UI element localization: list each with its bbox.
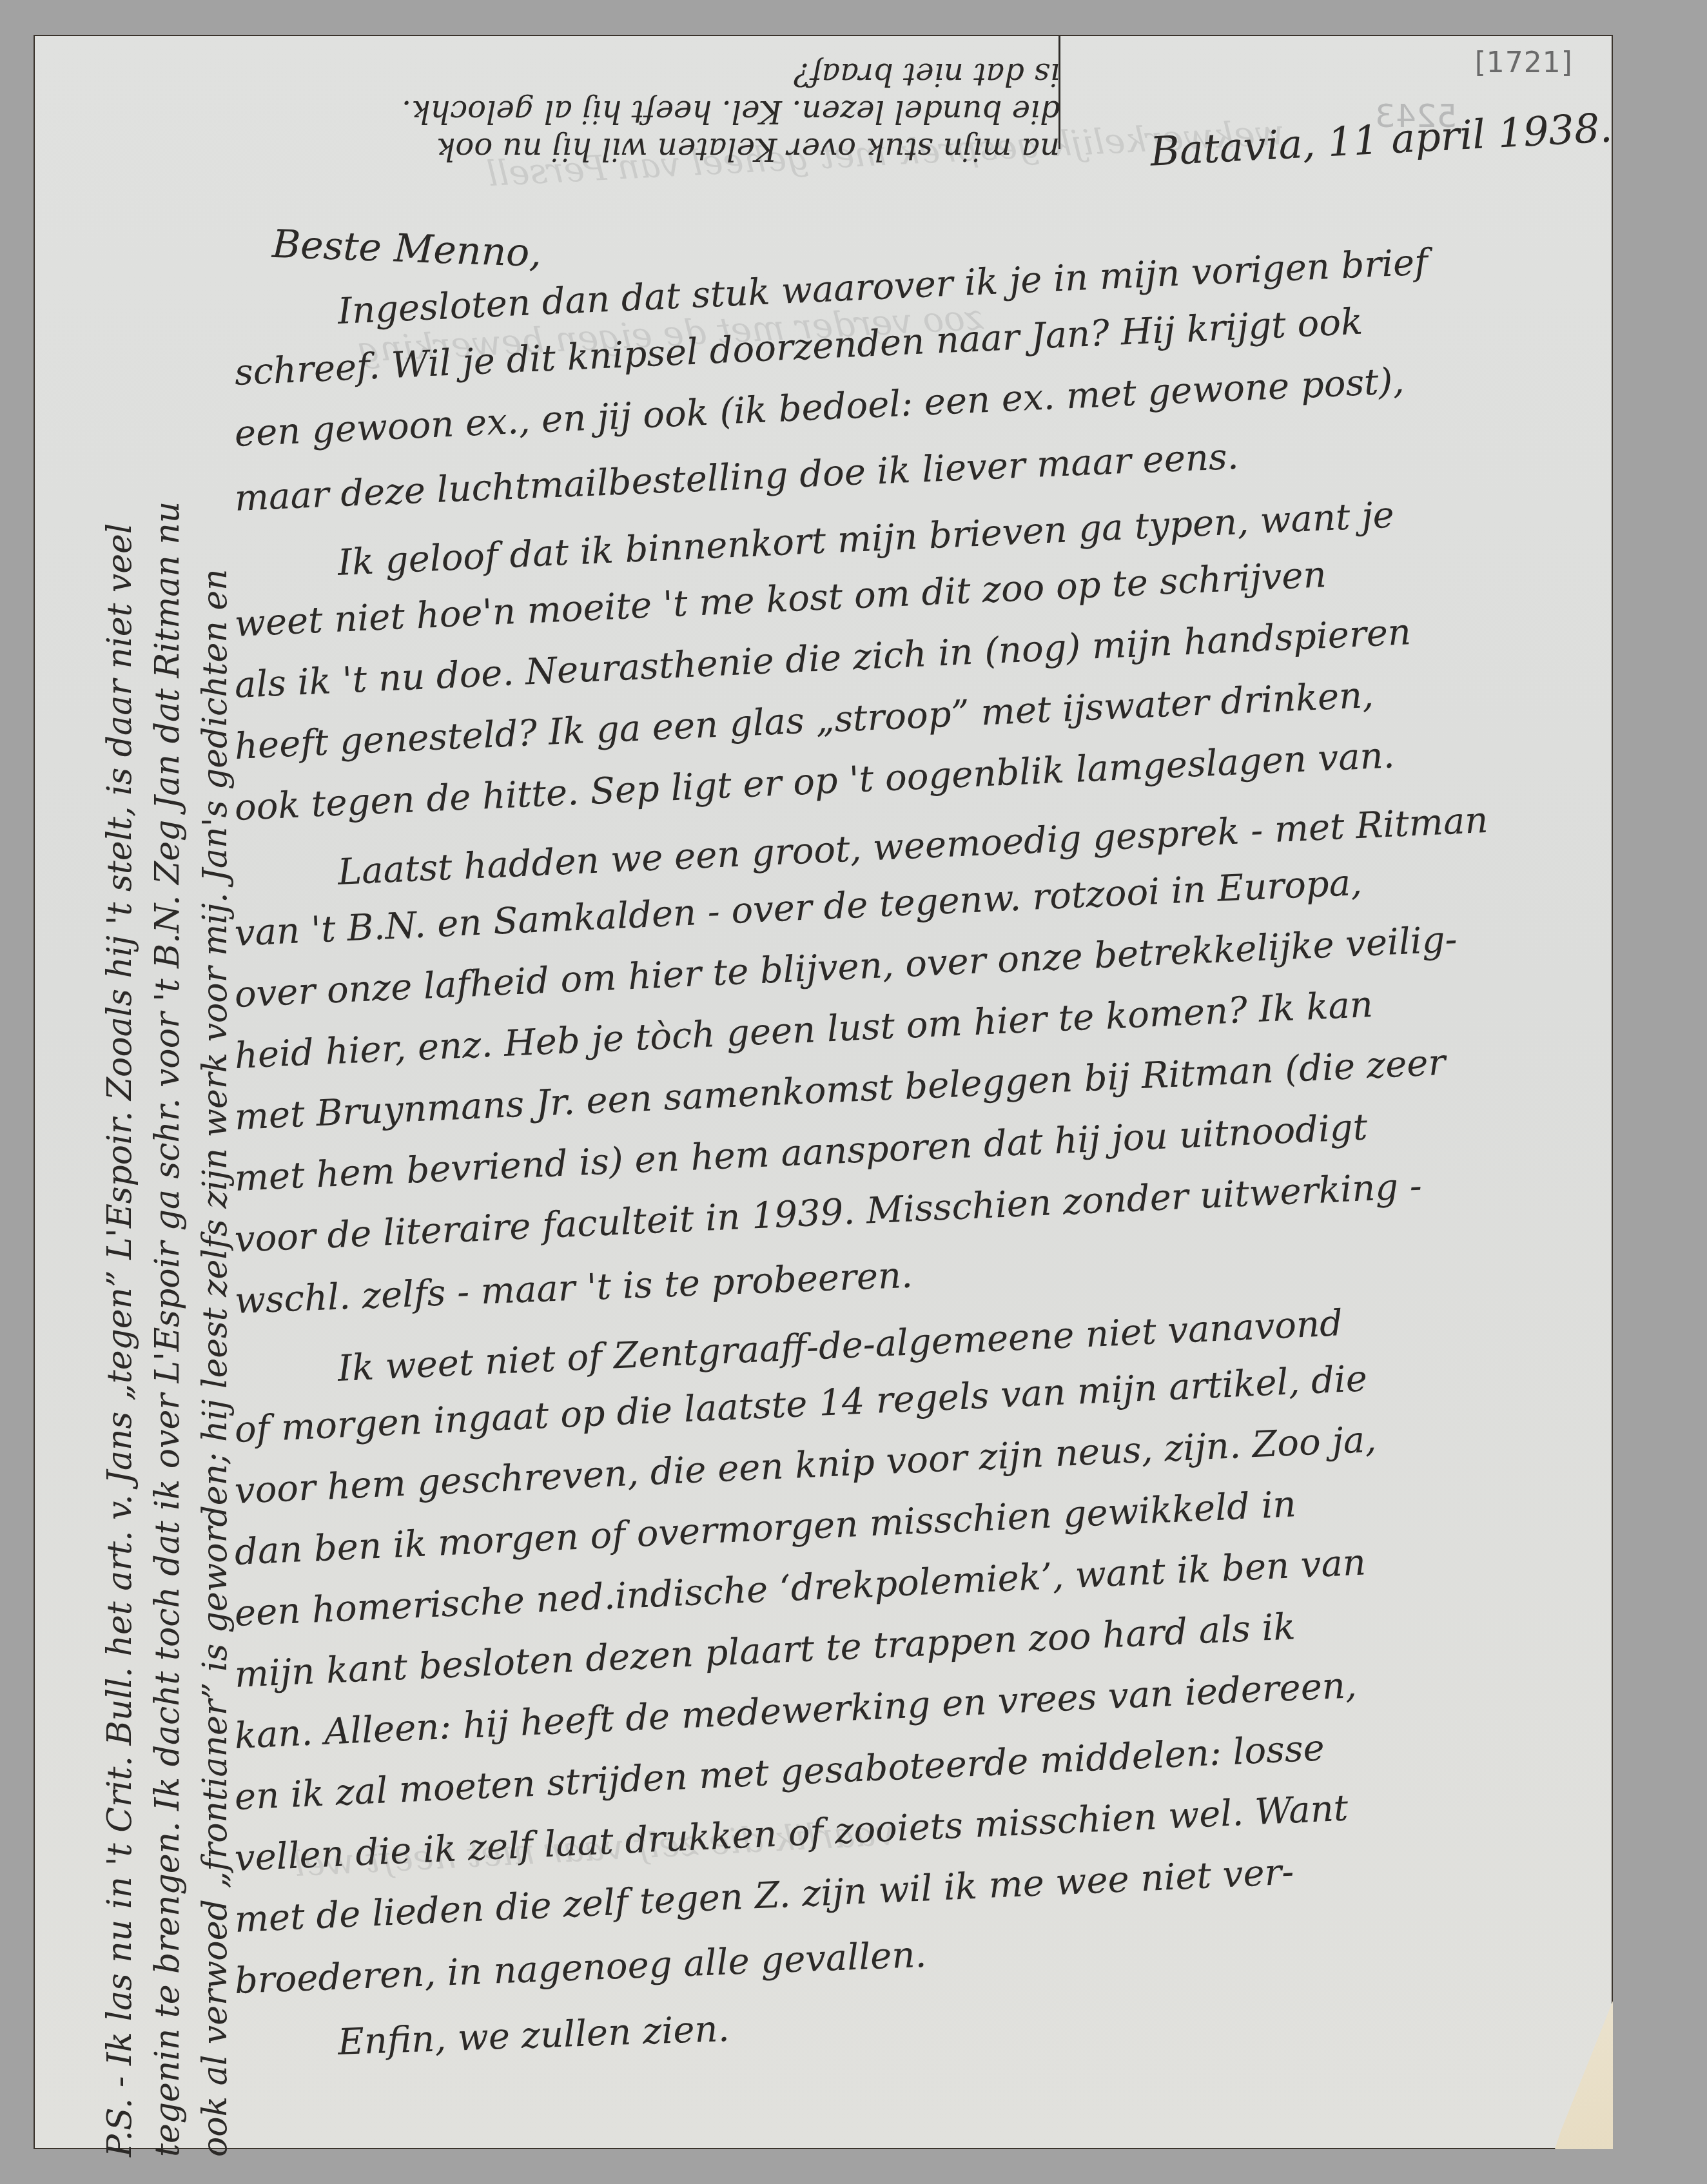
postscript-line: ook al verwoed „frontianer” is geworden;…: [191, 223, 239, 2157]
upside-down-note: na mijn stuk over Kelaten wil hij nu ook…: [299, 55, 1086, 168]
letter-sheet: [1721] 5243 wekwerkelijk gesprek met geh…: [34, 35, 1613, 2149]
note-line: is dat niet braaf?: [299, 55, 1086, 93]
closing-line: Enfin, we zullen zien.: [337, 2011, 730, 2061]
letter-line: wschl. zelfs - maar 't is te probeeren.: [234, 1258, 913, 1320]
letter-line: maar deze luchtmailbestelling doe ik lie…: [234, 439, 1240, 517]
salutation: Beste Menno,: [271, 225, 542, 273]
dateline: Batavia, 11 april 1938.: [1149, 108, 1614, 171]
margin-postscript: P.S. - Ik las nu in 't Crit. Bull. het a…: [96, 223, 239, 2157]
note-line: die bundel lezen. Kel. heeft hij al gelo…: [299, 93, 1086, 130]
letter-line: broederen, in nagenoeg alle gevallen.: [234, 1937, 927, 2000]
archive-number: [1721]: [1475, 46, 1573, 79]
postscript-line: tegenin te brengen. Ik dacht toch dat ik…: [144, 223, 191, 2157]
postscript-line: P.S. - Ik las nu in 't Crit. Bull. het a…: [96, 223, 144, 2157]
folded-corner: [1555, 2001, 1613, 2149]
note-line: na mijn stuk over Kelaten wil hij nu ook: [299, 130, 1086, 168]
